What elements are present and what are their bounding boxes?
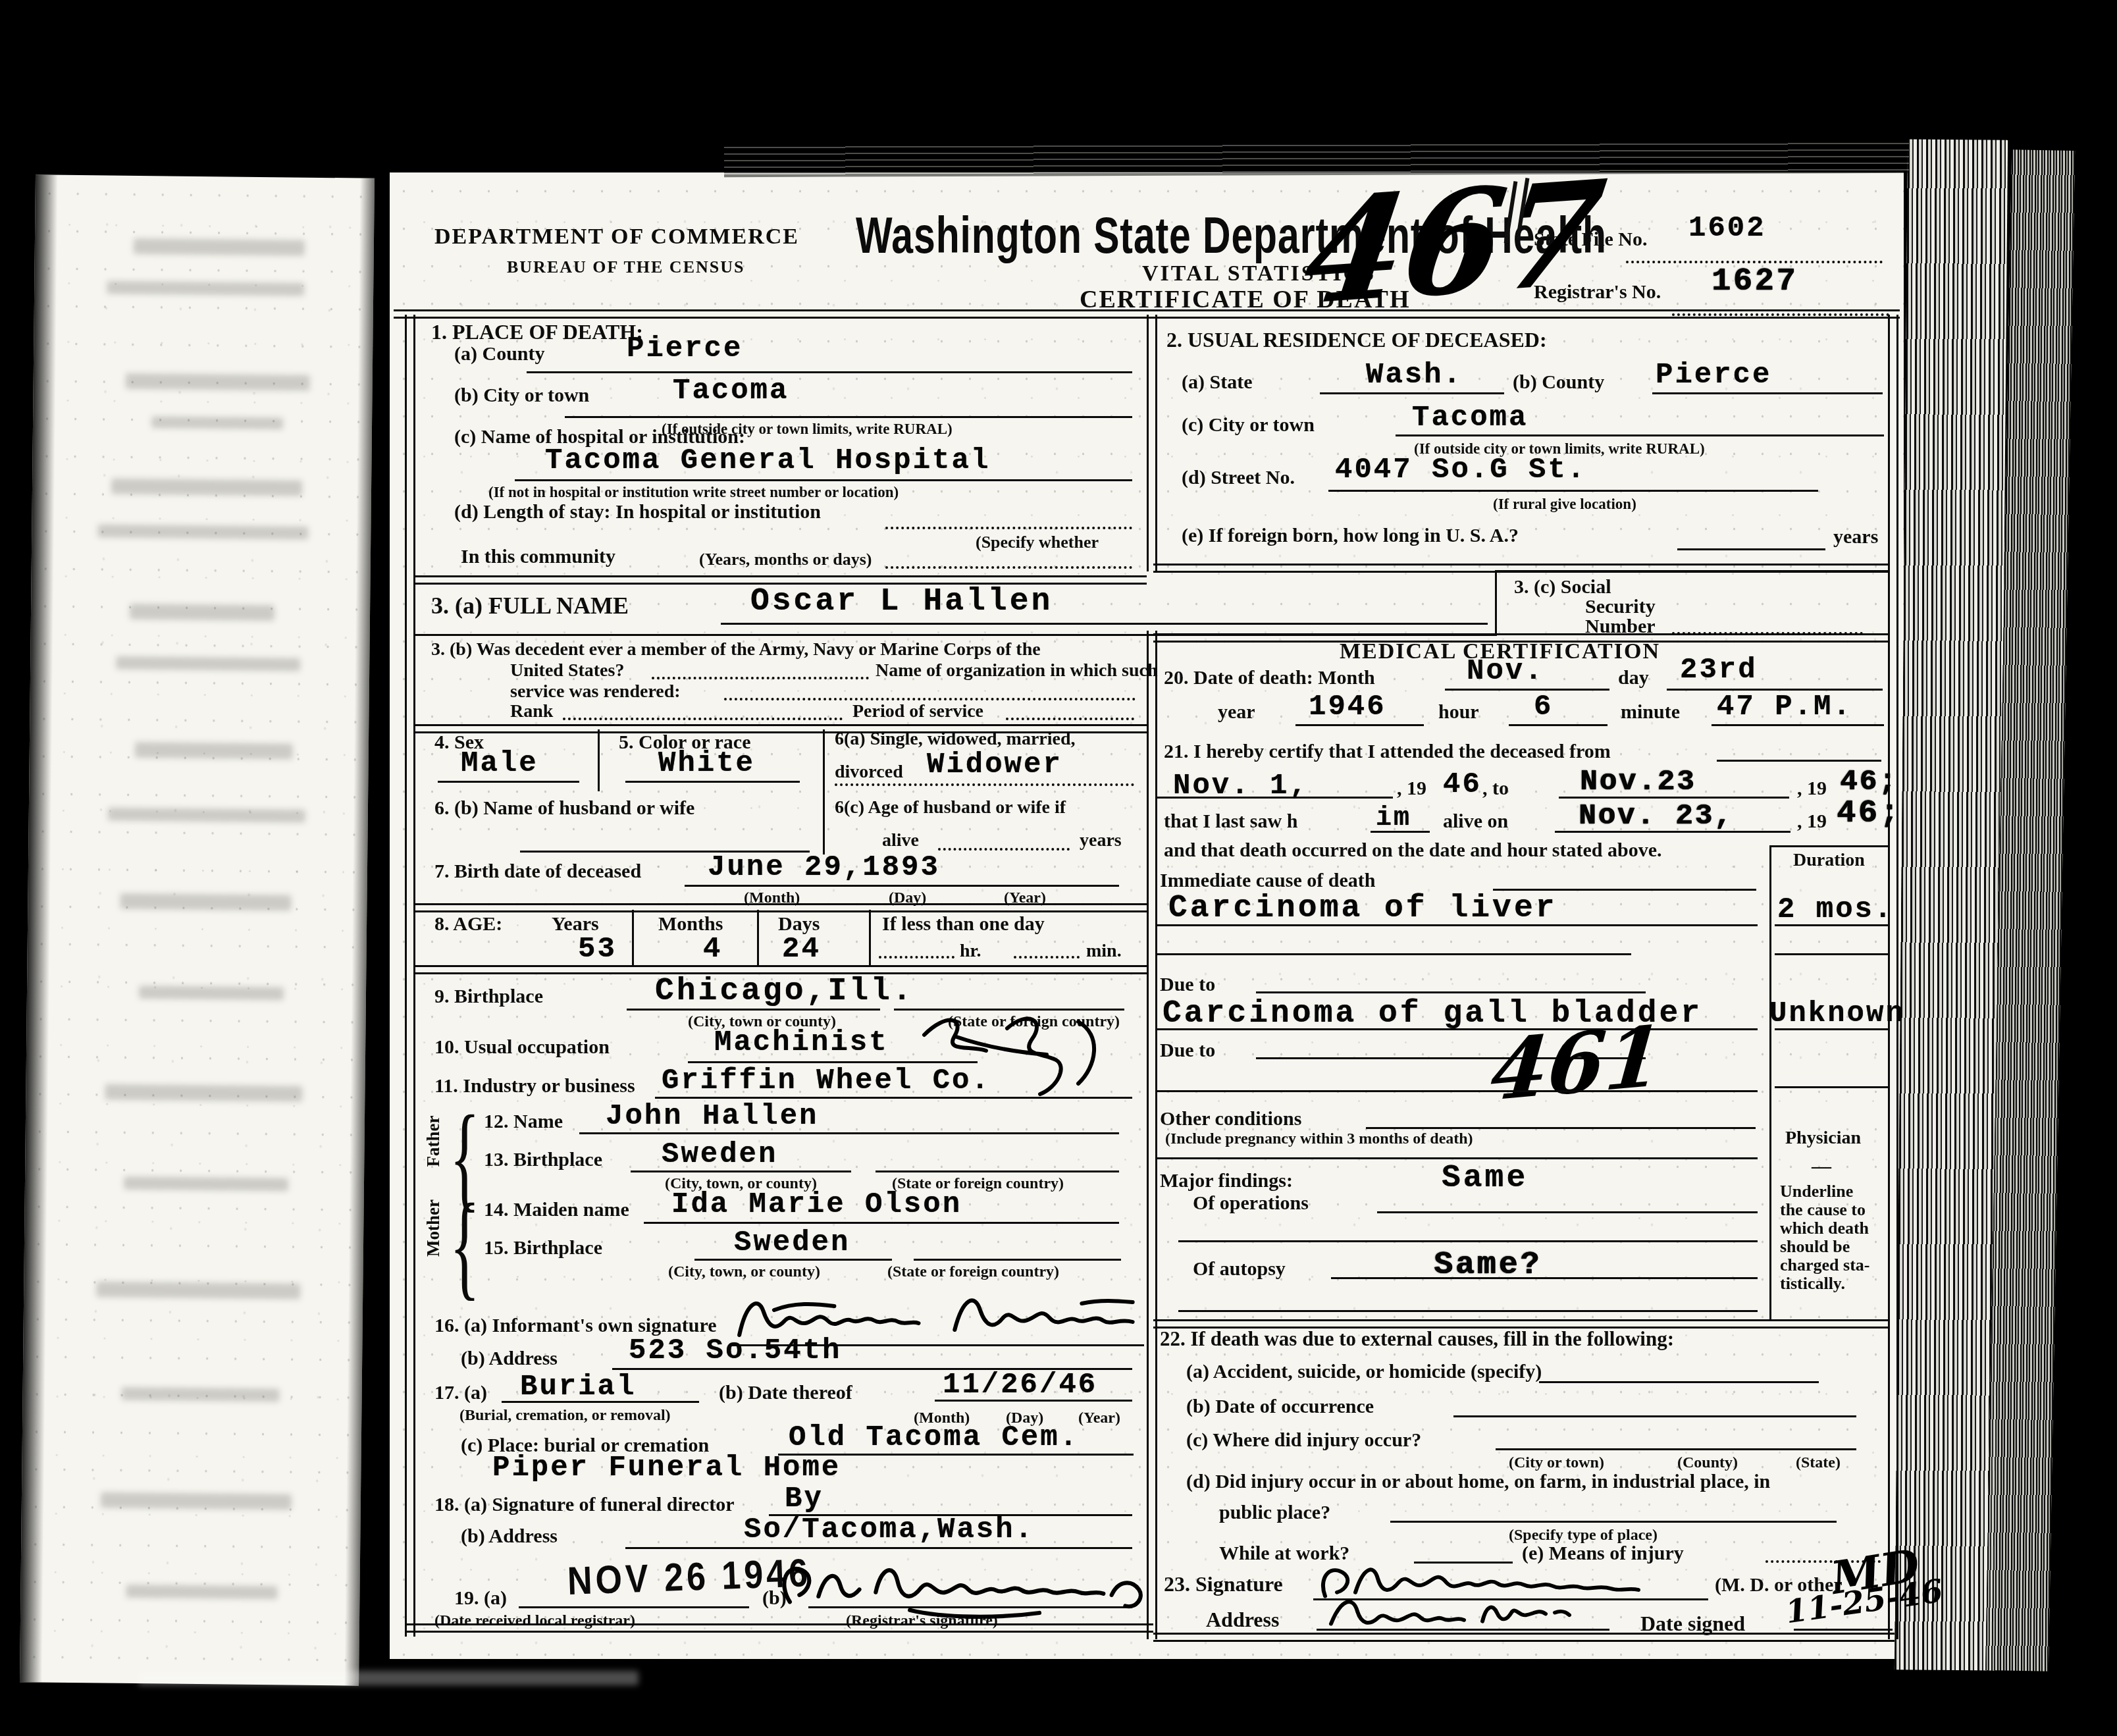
mother-bp-state-note: (State or foreign country)	[887, 1264, 1059, 1280]
rule	[1445, 689, 1609, 691]
rule	[1775, 1086, 1888, 1088]
rule	[1178, 1240, 1758, 1242]
s17b-note-year: (Year)	[1078, 1410, 1120, 1427]
bleed-through-smudge	[108, 808, 305, 823]
rule	[1014, 956, 1080, 959]
city-value: Tacoma	[673, 377, 789, 406]
rule	[1390, 1521, 1837, 1523]
spouse-age-label: 6(c) Age of husband or wife if	[835, 798, 1066, 817]
s1d-label: (d) Length of stay: In hospital or insti…	[454, 502, 821, 523]
bleed-through-smudge	[126, 373, 310, 391]
s2b-label: (b) County	[1513, 372, 1604, 393]
s2c-label: (c) City or town	[1182, 415, 1315, 436]
husband-label: 6. (b) Name of husband or wife	[434, 798, 694, 819]
full-name-label: 3. (a) FULL NAME	[431, 594, 629, 619]
disposition-value: Burial	[520, 1373, 636, 1402]
rule	[1717, 760, 1881, 762]
due-to-2-label: Due to	[1160, 1040, 1215, 1061]
rule	[1677, 548, 1825, 550]
border	[598, 729, 600, 791]
major-findings-label: Major findings:	[1160, 1170, 1293, 1192]
rule	[694, 1259, 892, 1261]
s1d2-note: (Years, months or days)	[699, 550, 872, 568]
s22d-note: (Specify type of place)	[1509, 1527, 1658, 1544]
state-file-value: 1602	[1688, 214, 1766, 243]
rule	[1775, 1028, 1888, 1030]
occupation-value: Machinist	[714, 1028, 889, 1057]
attended-from-year: 46	[1443, 770, 1482, 799]
physician-dash: —	[1812, 1156, 1831, 1177]
rule	[527, 371, 1132, 373]
ssn-label-1: 3. (c) Social	[1514, 577, 1611, 598]
s1c-note: (If not in hospital or institution write…	[488, 485, 899, 500]
s3b-line5: Rank	[510, 702, 553, 721]
s22c-note-city: (City or town)	[1509, 1455, 1604, 1471]
border	[869, 910, 871, 965]
ssn-label-2: Security	[1585, 596, 1656, 618]
age-label: 8. AGE:	[434, 914, 502, 935]
death-minute-value: 47 P.M.	[1717, 693, 1852, 722]
rule	[1153, 1633, 1895, 1642]
lastsaw-date-value: Nov. 23,	[1579, 802, 1733, 831]
father-birthplace-value: Sweden	[662, 1140, 777, 1169]
other-conditions-label: Other conditions	[1160, 1109, 1301, 1130]
underline-note-5: charged sta-	[1780, 1256, 1869, 1274]
other-conditions-note: (Include pregnancy within 3 months of de…	[1165, 1131, 1473, 1147]
rule	[655, 1097, 1132, 1099]
funeral-home-value: Piper Funeral Home	[492, 1454, 841, 1483]
bleed-through-smudge	[97, 524, 308, 539]
mother-birthplace-label: 15. Birthplace	[484, 1238, 602, 1259]
physician-label: Physician	[1785, 1128, 1861, 1147]
mother-maiden-label: 14. Maiden name	[484, 1199, 629, 1221]
border	[405, 315, 415, 1637]
rule	[1157, 1028, 1758, 1030]
due-to-1-duration: Unknown	[1769, 999, 1905, 1028]
rule	[625, 1547, 1132, 1549]
rule	[644, 1222, 1119, 1224]
rule	[631, 1170, 851, 1172]
rule	[1317, 1629, 1609, 1631]
immediate-cause-value: Carcinoma of liver	[1168, 893, 1557, 924]
rule	[1652, 392, 1883, 394]
s20-label: 20. Date of death: Month	[1164, 668, 1375, 689]
mother-bp-city-note: (City, town, or county)	[668, 1264, 820, 1280]
s1b-label: (b) City or town	[454, 385, 589, 406]
birthdate-value: June 29,1893	[708, 853, 940, 882]
rule	[1496, 1448, 1856, 1450]
rule	[938, 848, 1070, 851]
bleed-through-smudge	[116, 656, 300, 671]
scan-noise-strip	[724, 139, 1909, 177]
s21-19b: , 19	[1797, 778, 1827, 799]
age-months-value: 4	[703, 935, 722, 964]
bleed-through-smudge	[139, 986, 284, 1000]
rule	[1453, 1415, 1856, 1417]
date-signed-label: Date signed	[1640, 1613, 1745, 1635]
date-thereof-value: 11/26/46	[943, 1371, 1097, 1400]
underline-note-2: the cause to	[1780, 1201, 1866, 1219]
border	[823, 729, 825, 855]
s20-year-label: year	[1218, 702, 1255, 723]
rule	[1539, 1381, 1819, 1383]
death-year-value: 1946	[1309, 693, 1386, 722]
residence-state-value: Wash.	[1366, 361, 1463, 390]
s21-to: , to	[1482, 778, 1509, 799]
rule	[1157, 1090, 1758, 1092]
rule	[1366, 1127, 1756, 1129]
rule	[914, 1259, 1121, 1261]
border	[757, 910, 759, 965]
s21-19c: , 19	[1797, 811, 1827, 832]
full-name-value: Oscar L Hallen	[750, 586, 1053, 618]
rule	[876, 1170, 1119, 1172]
bleed-through-smudge	[105, 1084, 302, 1102]
mother-maiden-value: Ida Marie Olson	[671, 1190, 962, 1219]
death-month-value: Nov.	[1467, 657, 1544, 686]
s3b-line4: service was rendered:	[510, 682, 681, 701]
rule	[413, 903, 1147, 912]
border	[1888, 315, 1898, 1639]
s2-title: 2. USUAL RESIDENCE OF DECEASED:	[1166, 329, 1547, 352]
s19-num: 19. (a)	[454, 1588, 507, 1609]
registrar-signature	[773, 1552, 1155, 1628]
bleed-through-smudge	[135, 742, 293, 760]
age-months-head: Months	[658, 914, 723, 935]
s2e-label: (e) If foreign born, how long in U. S. A…	[1182, 525, 1519, 546]
immediate-cause-duration: 2 mos.	[1777, 895, 1893, 924]
industry-value: Griffin Wheel Co.	[662, 1066, 991, 1095]
burial-place-value: Old Tacoma Cem.	[789, 1423, 1079, 1452]
s3b-line1: 3. (b) Was decedent ever a member of the…	[431, 640, 1041, 659]
funeral-address-label: (b) Address	[461, 1526, 558, 1547]
bleed-through-smudge	[124, 1176, 288, 1192]
lastsaw-im: im	[1376, 806, 1411, 832]
lastsaw-year: 46;	[1837, 798, 1901, 829]
s20-minute-label: minute	[1621, 702, 1680, 723]
handwritten-461: 461	[1488, 1019, 1666, 1109]
age-days-value: 24	[782, 935, 821, 964]
handwritten-467: 467	[1298, 168, 1611, 317]
residence-city-value: Tacoma	[1412, 404, 1528, 433]
border	[632, 910, 634, 965]
informant-address-label: (b) Address	[461, 1348, 558, 1369]
s22d-label: (d) Did injury occur in or about home, o…	[1186, 1471, 1770, 1492]
of-autopsy-label: Of autopsy	[1193, 1259, 1286, 1280]
county-value: Pierce	[627, 334, 743, 363]
age-days-head: Days	[778, 914, 820, 935]
funeral-address-value: So/Tacoma,Wash.	[744, 1515, 1034, 1544]
funeral-director-value: By	[785, 1485, 823, 1513]
bleed-through-smudge	[130, 604, 274, 621]
rule	[879, 956, 954, 959]
s23-address-label: Address	[1206, 1609, 1279, 1631]
s22d2-label: public place?	[1219, 1502, 1330, 1523]
bleed-through-smudge	[126, 1585, 277, 1599]
age-years-value: 53	[578, 935, 617, 964]
border	[1147, 631, 1157, 1639]
father-birthplace-label: 13. Birthplace	[484, 1149, 602, 1170]
age-years-head: Years	[552, 914, 599, 935]
mother-vertical-label: Mother	[423, 1189, 444, 1268]
father-name-value: John Hallen	[606, 1102, 818, 1131]
attended-to-value: Nov.23	[1580, 768, 1696, 797]
page-edge-shadow	[20, 174, 58, 1682]
rule	[519, 1606, 749, 1608]
rule	[502, 1401, 699, 1403]
rule	[579, 1132, 1119, 1134]
rule	[413, 965, 1147, 974]
bottom-smudge	[138, 1671, 639, 1685]
bleed-through-smudge	[101, 1492, 292, 1510]
underline-note-6: tistically.	[1780, 1275, 1845, 1292]
s3b-line3: Name of organization in which such	[876, 661, 1158, 680]
s1a-label: (a) County	[454, 344, 545, 365]
spouse-age-years: years	[1080, 831, 1122, 850]
underline-note-4: should be	[1780, 1238, 1850, 1255]
rule	[1769, 845, 1888, 847]
marital-label: 6(a) Single, widowed, married,	[835, 729, 1076, 749]
scanned-death-certificate: DEPARTMENT OF COMMERCE BUREAU OF THE CEN…	[0, 0, 2117, 1736]
s20-hour-label: hour	[1438, 702, 1479, 723]
underline-note-3: which death	[1780, 1219, 1869, 1237]
registrar-no-value: 1627	[1712, 266, 1798, 298]
rule	[1775, 924, 1888, 926]
border	[1147, 315, 1157, 571]
border	[1769, 845, 1771, 1321]
s1d-note: (Specify whether	[976, 533, 1099, 551]
father-name-label: 12. Name	[484, 1111, 563, 1132]
s17-num: 17. (a)	[434, 1382, 487, 1404]
of-operations-label: Of operations	[1193, 1193, 1309, 1214]
informant-label: 16. (a) Informant's own signature	[434, 1315, 717, 1336]
age-hr-label: hr.	[960, 941, 981, 960]
funeral-director-label: 18. (a) Signature of funeral director	[434, 1494, 735, 1515]
s20-day-label: day	[1618, 668, 1649, 689]
s1-title: 1. PLACE OF DEATH:	[431, 321, 643, 344]
rule	[1555, 831, 1790, 833]
due-to-1-label: Due to	[1160, 974, 1215, 995]
spouse-age-alive: alive	[882, 831, 919, 850]
rule	[724, 698, 1136, 700]
informant-address-value: 523 So.54th	[629, 1336, 841, 1365]
date-thereof-label: (b) Date thereof	[719, 1382, 852, 1404]
bleed-through-smudge	[107, 281, 304, 296]
rule	[835, 783, 1134, 786]
s21-lastsaw1: that I last saw h	[1164, 811, 1297, 832]
autopsy-value: Same?	[1434, 1249, 1542, 1281]
s22c-label: (c) Where did injury occur?	[1186, 1430, 1421, 1451]
s22c-note-county: (County)	[1677, 1455, 1738, 1471]
rule	[1712, 724, 1884, 726]
rule	[413, 575, 1147, 585]
bleed-through-smudge	[151, 416, 283, 429]
rule	[1178, 1310, 1758, 1312]
death-hour-value: 6	[1534, 693, 1553, 722]
s3b-line2: United States?	[510, 661, 624, 680]
rule	[1157, 797, 1393, 799]
rule	[1626, 261, 1883, 263]
previous-page	[20, 174, 375, 1685]
age-less-head: If less than one day	[882, 914, 1045, 935]
rule	[1295, 724, 1424, 726]
birthdate-label: 7. Birth date of deceased	[434, 861, 641, 882]
rule	[1006, 718, 1134, 720]
mother-birthplace-value: Sweden	[734, 1228, 850, 1257]
rule	[1509, 724, 1607, 726]
s1d2-label: In this community	[461, 546, 615, 567]
rule	[627, 1009, 880, 1011]
rule	[1377, 1211, 1758, 1213]
bleed-through-smudge	[134, 238, 305, 256]
operations-value: Same	[1442, 1163, 1528, 1194]
s3b-line6: Period of service	[852, 702, 983, 721]
rule	[1157, 924, 1758, 926]
agency-bureau: BUREAU OF THE CENSUS	[507, 258, 745, 276]
rule	[405, 1623, 1153, 1633]
birthplace-label: 9. Birthplace	[434, 986, 543, 1007]
rule	[1775, 953, 1888, 955]
bleed-through-smudge	[120, 893, 291, 911]
s21-label: 21. I hereby certify that I attended the…	[1164, 741, 1611, 762]
s23-label: 23. Signature	[1164, 1573, 1283, 1596]
rule	[1331, 1277, 1758, 1279]
mother-brace: {	[450, 1186, 480, 1305]
page-edge-shadow	[344, 178, 375, 1686]
sex-value: Male	[461, 749, 538, 778]
rule	[1396, 434, 1884, 436]
rule	[885, 566, 1132, 569]
rule	[652, 677, 869, 679]
hospital-value: Tacoma General Hospital	[545, 446, 990, 475]
s22c-note-state: (State)	[1796, 1455, 1841, 1471]
father-vertical-label: Father	[423, 1102, 444, 1181]
rule	[1157, 1157, 1758, 1159]
rule	[1256, 991, 1646, 993]
bleed-through-smudge	[96, 1281, 300, 1299]
rule	[438, 781, 579, 783]
s21-lastsaw2: alive on	[1443, 811, 1508, 832]
s17a-note: (Burial, cremation, or removal)	[459, 1407, 671, 1424]
residence-county-value: Pierce	[1656, 361, 1771, 390]
rule	[1320, 392, 1504, 394]
rule	[1495, 570, 1890, 572]
agency-name: DEPARTMENT OF COMMERCE	[434, 225, 799, 249]
s2d-label: (d) Street No.	[1182, 467, 1295, 488]
s21-19a: , 19	[1397, 778, 1426, 799]
marital-value: Widower	[927, 750, 1062, 779]
border	[1495, 570, 1497, 635]
immediate-cause-label: Immediate cause of death	[1160, 870, 1375, 891]
rule	[565, 416, 1132, 418]
street-no-value: 4047 So.G St.	[1335, 456, 1586, 485]
s2e-suffix: years	[1833, 527, 1878, 548]
rule	[885, 527, 1132, 529]
occupation-label: 10. Usual occupation	[434, 1037, 610, 1058]
race-value: White	[658, 749, 755, 778]
death-day-value: 23rd	[1680, 656, 1758, 685]
underline-note-1: Underline	[1780, 1182, 1853, 1200]
rule	[1328, 490, 1818, 492]
duration-head: Duration	[1793, 851, 1865, 870]
s21-tail: and that death occurred on the date and …	[1164, 840, 1661, 861]
attended-to-year: 46;	[1840, 768, 1898, 797]
rule	[515, 479, 1132, 481]
s22a-label: (a) Accident, suicide, or homicide (spec…	[1186, 1361, 1542, 1382]
bleed-through-smudge	[111, 479, 302, 496]
rule	[1794, 1629, 1893, 1631]
bleed-through-smudge	[122, 1387, 280, 1402]
rule	[625, 781, 800, 783]
rule	[1157, 953, 1631, 955]
rule	[721, 623, 1488, 625]
rule	[1559, 797, 1789, 799]
rule	[1371, 831, 1430, 833]
rule	[563, 718, 843, 720]
s22-title: 22. If death was due to external causes,…	[1160, 1328, 1674, 1350]
s2d-note: (If rural give location)	[1493, 496, 1636, 512]
age-min-label: min.	[1086, 941, 1122, 960]
marital-label2: divorced	[835, 762, 903, 781]
rule	[935, 1400, 1132, 1402]
birthplace-value: Chicago,Ill.	[655, 976, 914, 1007]
s22b-label: (b) Date of occurrence	[1186, 1396, 1374, 1417]
s2a-label: (a) State	[1182, 372, 1252, 393]
rule	[685, 885, 1119, 887]
